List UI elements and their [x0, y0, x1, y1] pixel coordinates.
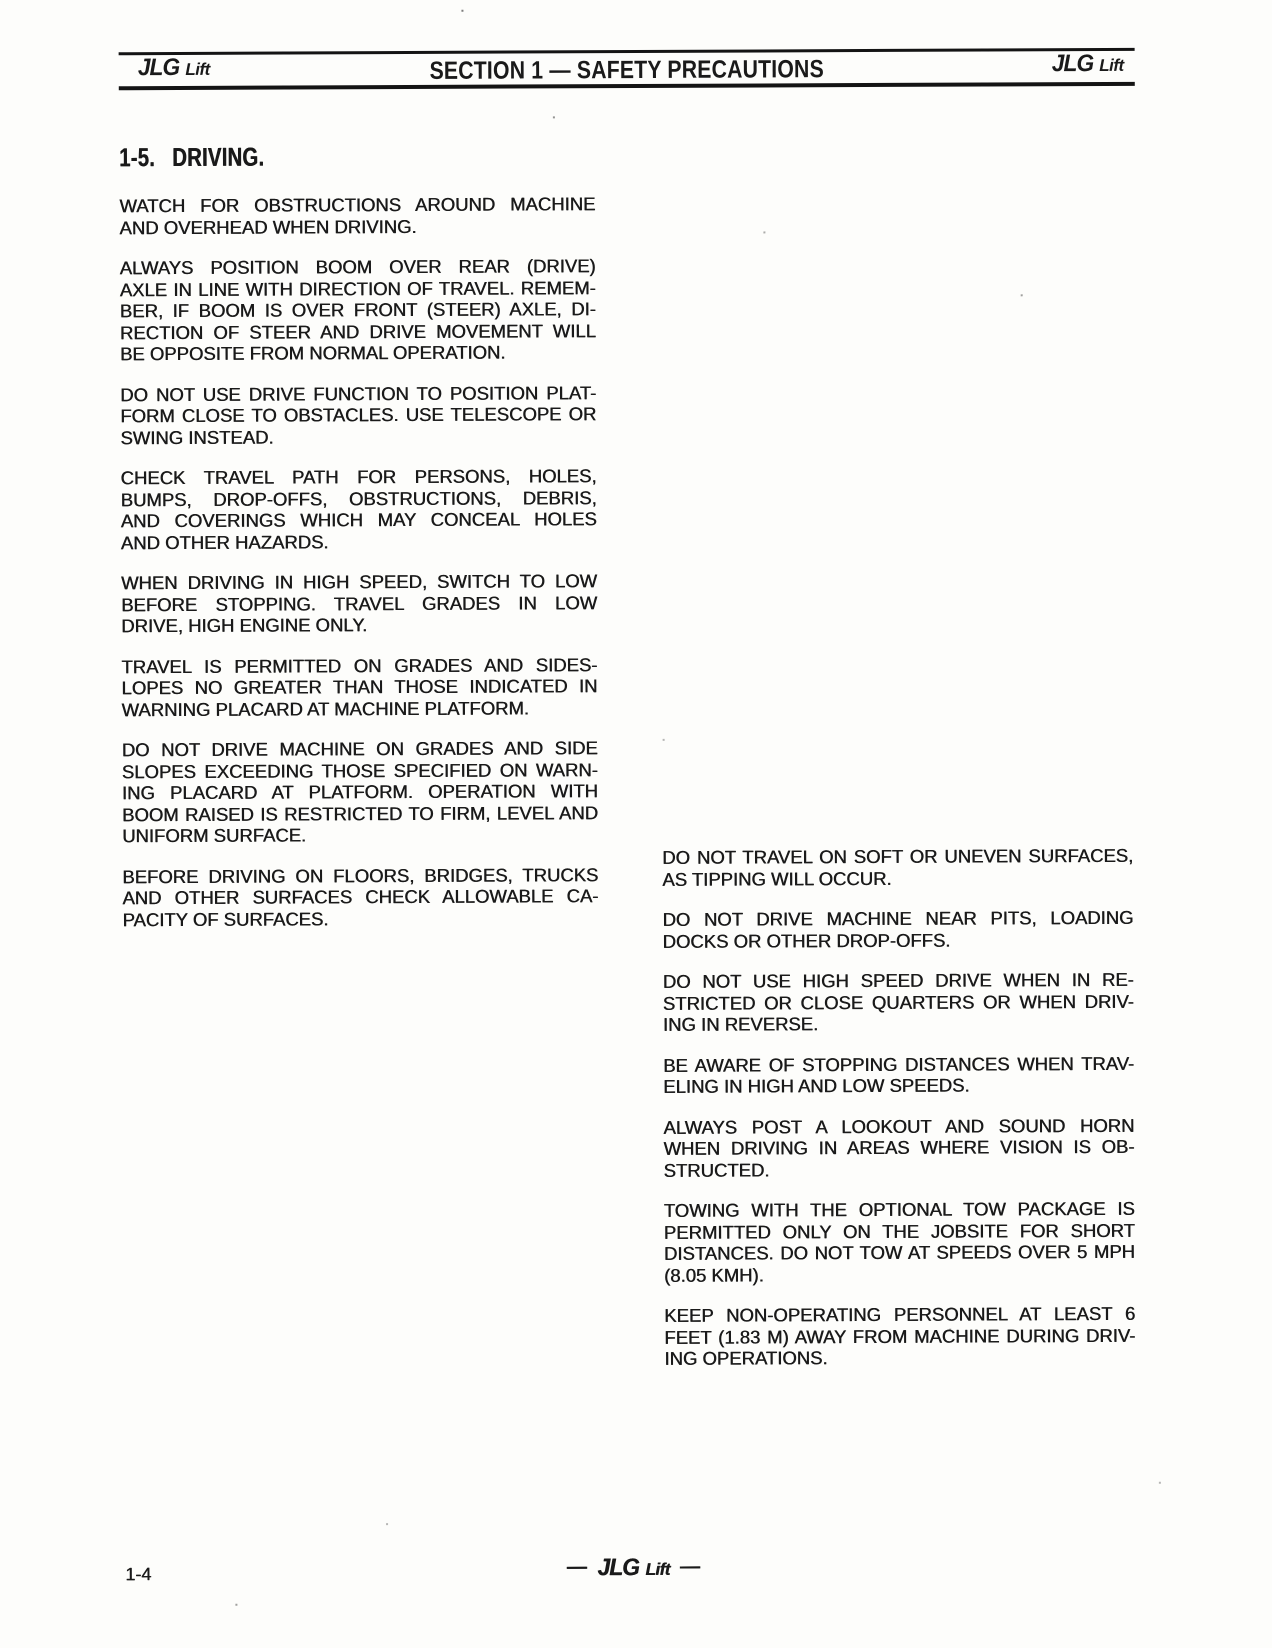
text-line: BE AWARE OF STOPPING DISTANCES WHEN TRAV… — [663, 1052, 1134, 1076]
safety-paragraph: DO NOT DRIVE MACHINE NEAR PITS, LOADINGD… — [662, 907, 1133, 952]
text-line: CHECK TRAVEL PATH FOR PERSONS, HOLES, — [120, 465, 596, 489]
page-body: 1-5.DRIVING. WATCH FOR OBSTRUCTIONS AROU… — [0, 0, 1268, 3]
section-heading: 1-5.DRIVING. — [119, 141, 490, 173]
text-line: WARNING PLACARD AT MACHINE PLATFORM. — [121, 697, 597, 721]
safety-paragraph: DO NOT TRAVEL ON SOFT OR UNEVEN SURFACES… — [662, 845, 1133, 890]
text-line: STRICTED OR CLOSE QUARTERS OR WHEN DRIV- — [663, 990, 1134, 1014]
text-line: BUMPS, DROP-OFFS, OBSTRUCTIONS, DEBRIS, — [121, 487, 597, 511]
text-line: BEFORE STOPPING. TRAVEL GRADES IN LOW — [121, 592, 597, 616]
text-line: (8.05 KMH). — [664, 1262, 1135, 1286]
text-line: DO NOT TRAVEL ON SOFT OR UNEVEN SURFACES… — [662, 845, 1133, 869]
safety-paragraph: CHECK TRAVEL PATH FOR PERSONS, HOLES,BUM… — [120, 465, 596, 553]
text-line: DO NOT USE DRIVE FUNCTION TO POSITION PL… — [120, 382, 596, 406]
safety-paragraph: TRAVEL IS PERMITTED ON GRADES AND SIDES-… — [121, 654, 597, 721]
scanned-sheet: JLGLift SECTION 1 — SAFETY PRECAUTIONS J… — [0, 0, 1272, 1648]
text-line: BOOM RAISED IS RESTRICTED TO FIRM, LEVEL… — [122, 802, 598, 826]
text-line: LOPES NO GREATER THAN THOSE INDICATED IN — [121, 675, 597, 699]
text-line: ALWAYS POSITION BOOM OVER REAR (DRIVE) — [120, 255, 596, 279]
text-line: RECTION OF STEER AND DRIVE MOVEMENT WILL — [120, 320, 596, 344]
text-line: KEEP NON-OPERATING PERSONNEL AT LEAST 6 — [664, 1303, 1135, 1327]
jlg-logo-main-text: JLG — [138, 54, 180, 82]
text-line: ING OPERATIONS. — [664, 1346, 1135, 1370]
safety-paragraph: DO NOT DRIVE MACHINE ON GRADES AND SIDES… — [122, 737, 598, 847]
jlg-logo-suffix-text: Lift — [645, 1560, 670, 1579]
text-line: DO NOT DRIVE MACHINE NEAR PITS, LOADING — [662, 907, 1133, 931]
text-line: FORM CLOSE TO OBSTACLES. USE TELESCOPE O… — [120, 403, 596, 427]
section-title: DRIVING. — [172, 142, 264, 172]
text-line: TOWING WITH THE OPTIONAL TOW PACKAGE IS — [664, 1198, 1135, 1222]
text-line: AND OVERHEAD WHEN DRIVING. — [119, 215, 595, 239]
text-line: ING IN REVERSE. — [663, 1012, 1134, 1036]
text-line: PERMITTED ONLY ON THE JOBSITE FOR SHORT — [664, 1219, 1135, 1243]
text-line: FEET (1.83 M) AWAY FROM MACHINE DURING D… — [664, 1324, 1135, 1348]
section-number: 1-5. — [119, 142, 155, 172]
safety-paragraph: DO NOT USE HIGH SPEED DRIVE WHEN IN RE-S… — [663, 969, 1134, 1036]
text-line: AS TIPPING WILL OCCUR. — [662, 866, 1133, 890]
text-line: BE OPPOSITE FROM NORMAL OPERATION. — [120, 341, 596, 365]
text-line: BER, IF BOOM IS OVER FRONT (STEER) AXLE,… — [120, 298, 596, 322]
text-line: DRIVE, HIGH ENGINE ONLY. — [121, 613, 597, 637]
text-line: UNIFORM SURFACE. — [122, 823, 598, 847]
manual-page: JLGLift SECTION 1 — SAFETY PRECAUTIONS J… — [0, 0, 1272, 1648]
jlg-logo-main-text: JLG — [1052, 50, 1094, 78]
text-line: AXLE IN LINE WITH DIRECTION OF TRAVEL. R… — [120, 277, 596, 301]
text-line: WHEN DRIVING IN AREAS WHERE VISION IS OB… — [663, 1136, 1134, 1160]
safety-paragraph: WATCH FOR OBSTRUCTIONS AROUND MACHINEAND… — [119, 193, 595, 238]
jlg-logo-footer: —JLGLift— — [125, 1552, 1141, 1584]
safety-paragraph: ALWAYS POSITION BOOM OVER REAR (DRIVE)AX… — [120, 255, 596, 365]
text-line: BEFORE DRIVING ON FLOORS, BRIDGES, TRUCK… — [122, 864, 598, 888]
text-line: PACITY OF SURFACES. — [122, 907, 598, 931]
text-line: DO NOT DRIVE MACHINE ON GRADES AND SIDE — [122, 737, 598, 761]
footer-dash-right: — — [680, 1556, 700, 1578]
text-line: TRAVEL IS PERMITTED ON GRADES AND SIDES- — [121, 654, 597, 678]
text-line: STRUCTED. — [663, 1157, 1134, 1181]
text-line: SWING INSTEAD. — [120, 425, 596, 449]
left-column: 1-5.DRIVING. WATCH FOR OBSTRUCTIONS AROU… — [119, 140, 599, 949]
jlg-logo-suffix-text: Lift — [1099, 56, 1124, 75]
text-line: AND OTHER HAZARDS. — [121, 530, 597, 554]
safety-paragraph: BEFORE DRIVING ON FLOORS, BRIDGES, TRUCK… — [122, 864, 598, 931]
jlg-logo-main-text: JLG — [598, 1554, 640, 1582]
safety-paragraph: ALWAYS POST A LOOKOUT AND SOUND HORNWHEN… — [663, 1114, 1134, 1181]
text-line: ELING IN HIGH AND LOW SPEEDS. — [663, 1074, 1134, 1098]
right-column: DO NOT TRAVEL ON SOFT OR UNEVEN SURFACES… — [662, 845, 1135, 1389]
text-line: AND OTHER SURFACES CHECK ALLOWABLE CA- — [122, 885, 598, 909]
text-line: SLOPES EXCEEDING THOSE SPECIFIED ON WARN… — [122, 759, 598, 783]
safety-paragraph: BE AWARE OF STOPPING DISTANCES WHEN TRAV… — [663, 1052, 1134, 1097]
text-line: AND COVERINGS WHICH MAY CONCEAL HOLES — [121, 508, 597, 532]
text-line: WATCH FOR OBSTRUCTIONS AROUND MACHINE — [119, 193, 595, 217]
text-line: DISTANCES. DO NOT TOW AT SPEEDS OVER 5 M… — [664, 1241, 1135, 1265]
footer-dash-left: — — [567, 1556, 587, 1578]
jlg-logo-right: JLGLift — [1051, 50, 1124, 78]
safety-paragraph: DO NOT USE DRIVE FUNCTION TO POSITION PL… — [120, 382, 596, 449]
text-line: WHEN DRIVING IN HIGH SPEED, SWITCH TO LO… — [121, 570, 597, 594]
page-header: JLGLift SECTION 1 — SAFETY PRECAUTIONS J… — [0, 0, 1268, 3]
text-line: DO NOT USE HIGH SPEED DRIVE WHEN IN RE- — [663, 969, 1134, 993]
text-line: ALWAYS POST A LOOKOUT AND SOUND HORN — [663, 1114, 1134, 1138]
page-footer: 1-4 —JLGLift— — [0, 0, 1268, 3]
text-line: DOCKS OR OTHER DROP-OFFS. — [662, 928, 1133, 952]
safety-paragraph: KEEP NON-OPERATING PERSONNEL AT LEAST 6F… — [664, 1303, 1135, 1370]
safety-paragraph: WHEN DRIVING IN HIGH SPEED, SWITCH TO LO… — [121, 570, 597, 637]
safety-paragraph: TOWING WITH THE OPTIONAL TOW PACKAGE ISP… — [664, 1198, 1135, 1286]
text-line: ING PLACARD AT PLATFORM. OPERATION WITH — [122, 780, 598, 804]
